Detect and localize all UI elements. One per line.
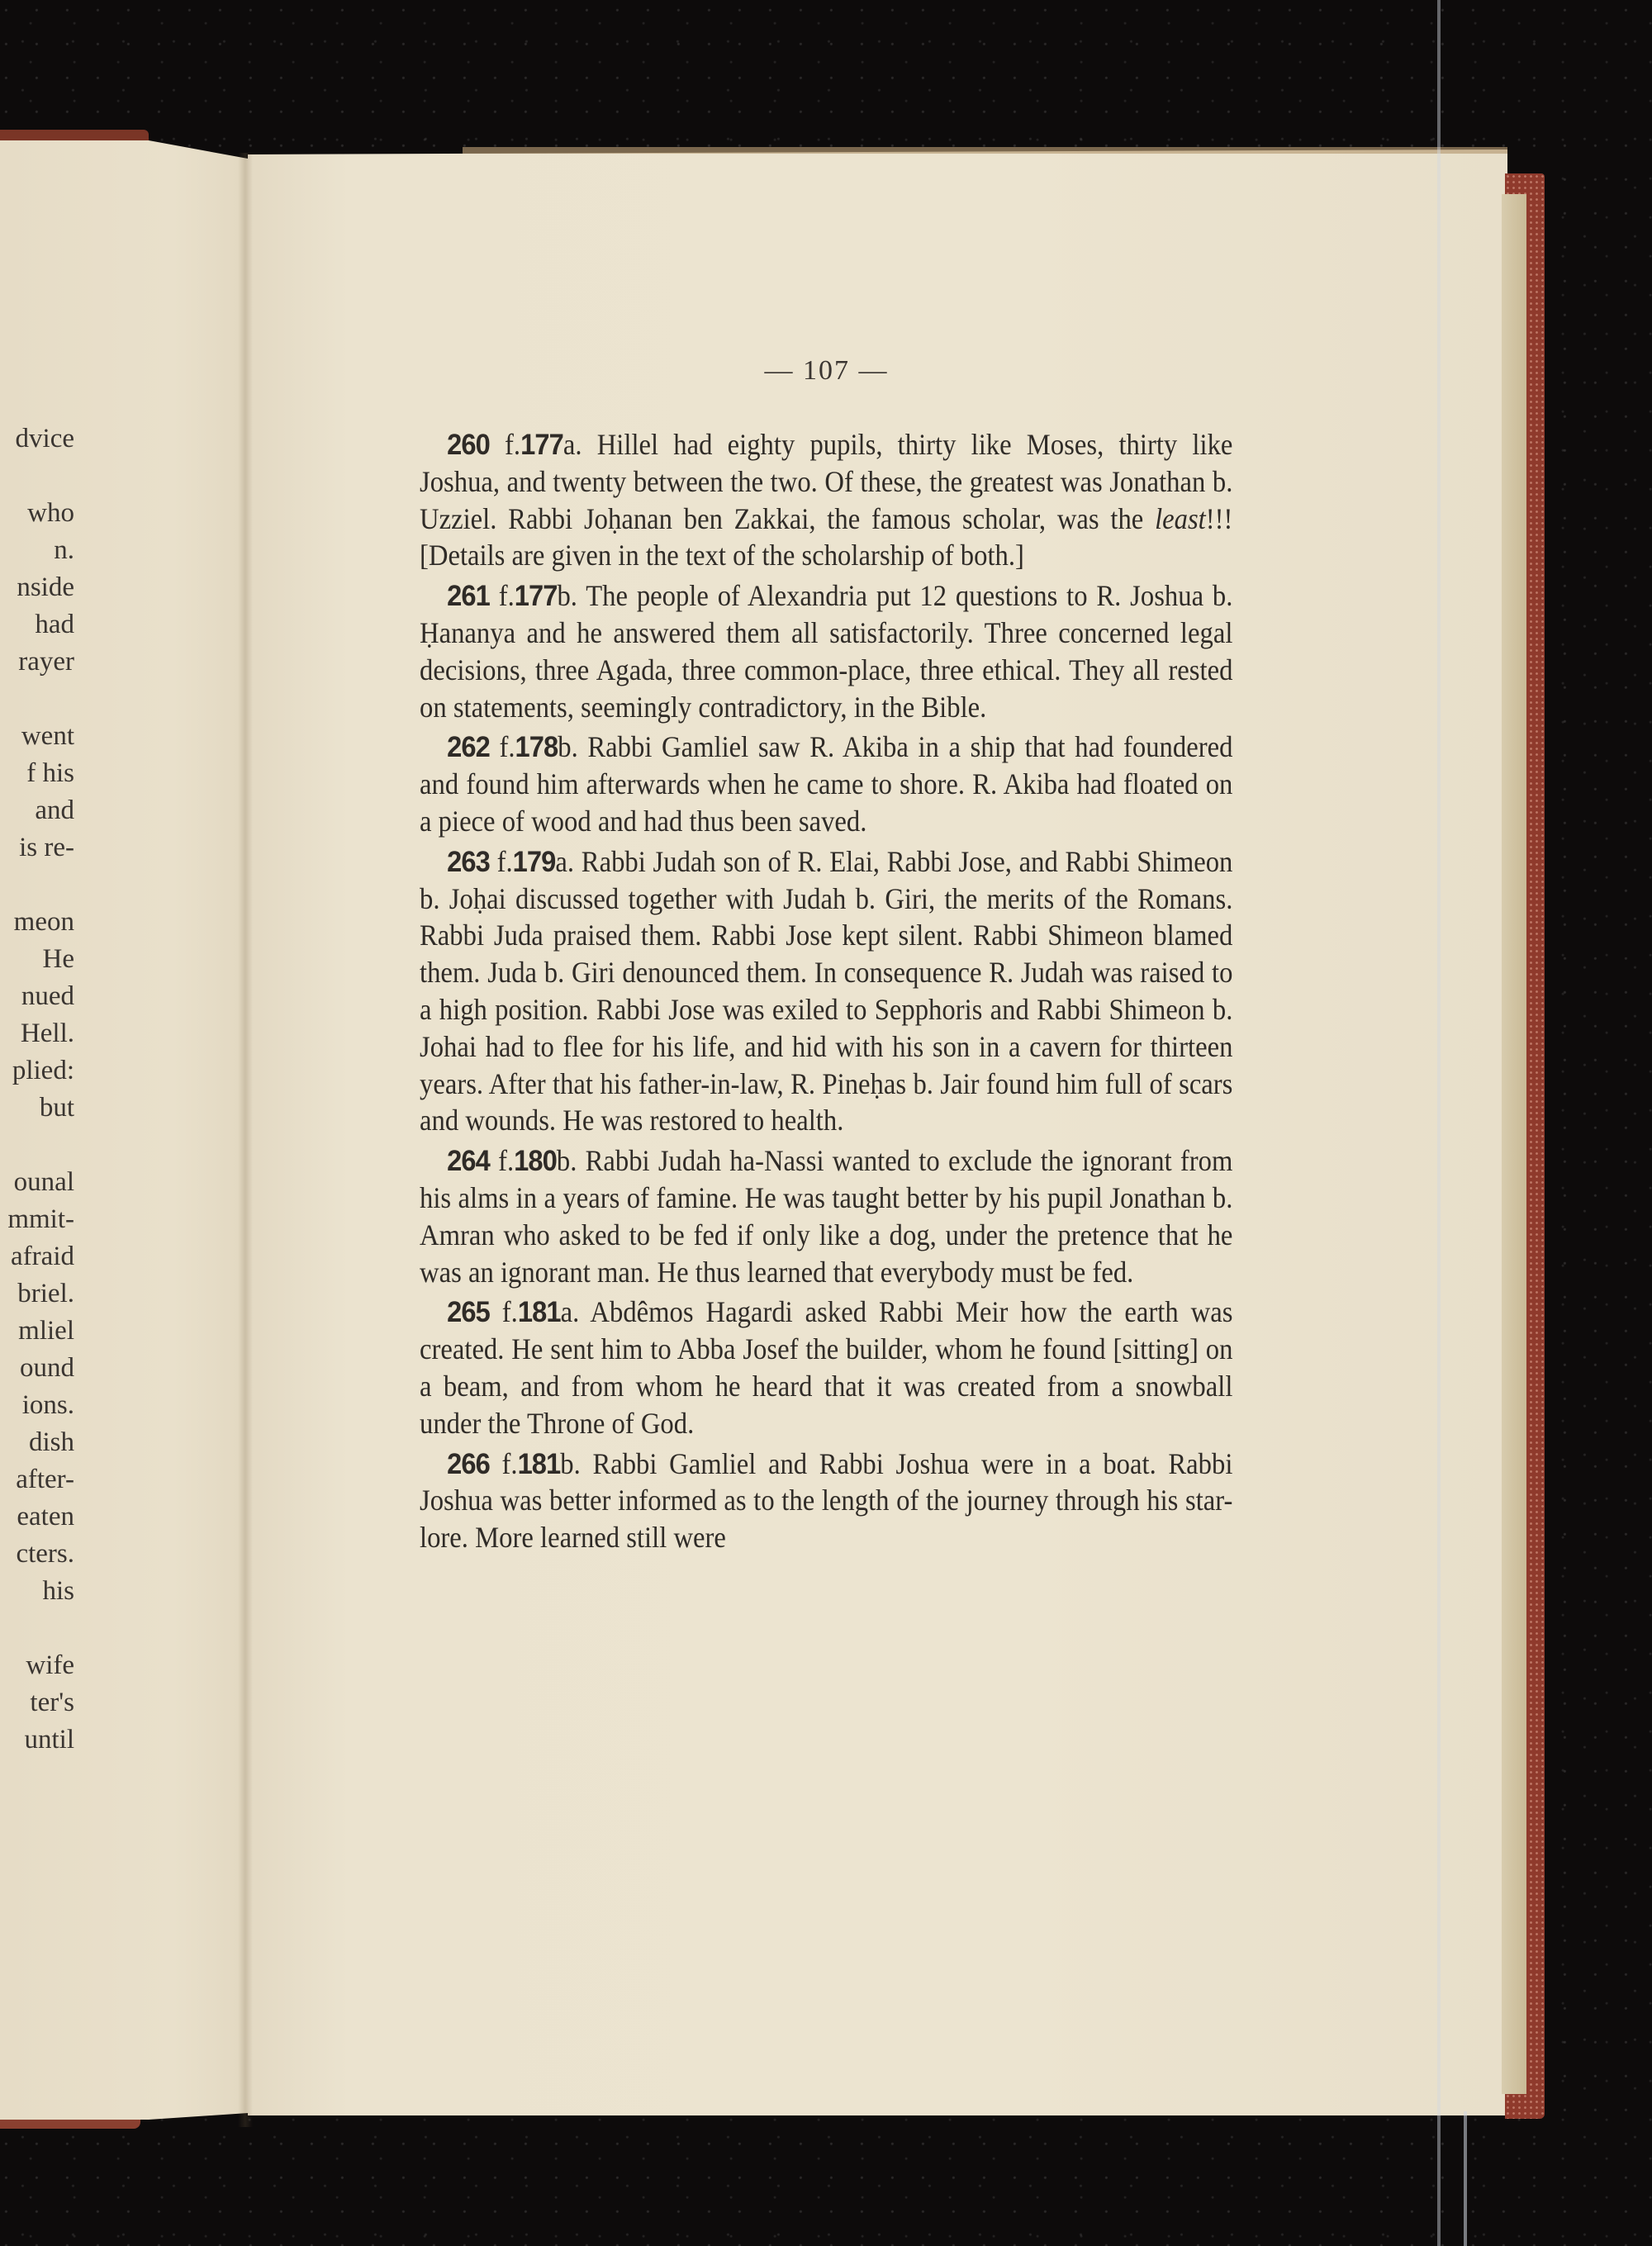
page-edges — [1502, 194, 1526, 2094]
left-page-fragment: went — [21, 723, 74, 750]
entry-263: 263 f.179a. Rabbi Judah son of R. Elai, … — [420, 843, 1232, 1139]
page-number: — 107 — — [420, 355, 1233, 387]
left-page-fragment: Hell. — [21, 1020, 74, 1047]
left-page-fragment: plied: — [12, 1057, 74, 1085]
entry-261: 261 f.177b. The people of Alexandria put… — [420, 577, 1232, 725]
left-page-fragment: after- — [16, 1466, 74, 1493]
left-page-fragment: briel. — [17, 1280, 74, 1308]
entry-266: 266 f.181b. Rabbi Gamliel and Rabbi Josh… — [420, 1446, 1232, 1556]
left-page-fragment: dish — [29, 1429, 74, 1456]
right-page-top-edge — [463, 147, 1507, 154]
entry-265: 265 f.181a. Abdêmos Hagardi asked Rabbi … — [420, 1294, 1232, 1441]
scanner-guide-line-bottom — [1464, 2111, 1467, 2246]
left-page-fragment: who — [27, 500, 74, 527]
left-page-fragment: but — [40, 1095, 74, 1122]
entry-264: 264 f.180b. Rabbi Judah ha-Nassi wanted … — [420, 1142, 1232, 1290]
left-page-fragment: He — [43, 946, 74, 973]
scanner-guide-line — [1437, 0, 1441, 2246]
left-page-fragment: nside — [17, 574, 74, 601]
left-page-fragment: ions. — [22, 1392, 74, 1419]
right-page-text: — 107 — 260 f.177a. Hillel had eighty pu… — [420, 355, 1233, 1560]
left-page-fragment: is re- — [19, 834, 74, 862]
book-gutter — [238, 153, 253, 2127]
left-page-fragment: his — [42, 1578, 74, 1605]
left-page-fragment: f his — [26, 760, 74, 787]
left-page-fragment: ound — [20, 1355, 74, 1382]
left-page-fragment: ter's — [30, 1689, 74, 1717]
left-page-fragment: mliel — [18, 1318, 74, 1345]
left-page-fragment: ounal — [14, 1169, 74, 1196]
left-page-fragment: dvice — [16, 425, 74, 453]
left-page-fragment: and — [35, 797, 74, 824]
left-page-fragment: cters. — [16, 1541, 74, 1568]
left-page-fragment: afraid — [11, 1243, 74, 1270]
left-page-fragment: wife — [26, 1652, 74, 1679]
entry-260: 260 f.177a. Hillel had eighty pupils, th… — [420, 426, 1232, 574]
left-cover-edge-top — [0, 130, 149, 141]
left-page-fragment: n. — [54, 537, 74, 564]
left-page-fragment: mmit- — [7, 1206, 74, 1233]
entry-262: 262 f.178b. Rabbi Gamliel saw R. Akiba i… — [420, 729, 1232, 839]
left-page-fragment: until — [24, 1726, 74, 1754]
left-page-fragment: eaten — [17, 1503, 74, 1531]
left-page-fragment: had — [35, 611, 74, 639]
left-page-fragment: meon — [14, 909, 74, 936]
left-page-fragment: nued — [21, 983, 74, 1010]
left-page-fragment: rayer — [18, 648, 74, 676]
